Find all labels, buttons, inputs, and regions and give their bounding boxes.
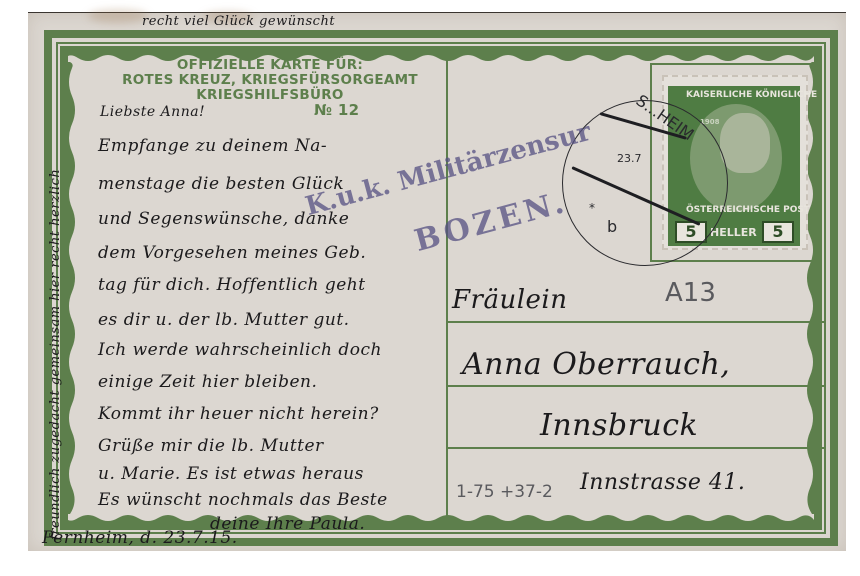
stamp-country-top: KAISERLICHE KÖNIGLICHE <box>686 90 817 100</box>
message-line: Grüße mir die lb. Mutter <box>98 436 324 456</box>
message-place-date: Pernheim, d. 23.7.15. <box>42 528 238 548</box>
message-line: einige Zeit hier bleiben. <box>98 372 317 392</box>
wavy-edge-left <box>68 62 78 514</box>
message-line: u. Marie. Es ist etwas heraus <box>98 464 364 484</box>
header-line-3: KRIEGSHILFSBÜRO <box>100 88 440 103</box>
stamp-denomination: HELLER <box>710 226 757 239</box>
message-line: Empfange zu deinem Na- <box>98 136 327 156</box>
message-salutation: Liebste Anna! <box>100 104 205 120</box>
address-salutation: Fräulein <box>452 285 567 315</box>
address-line-1 <box>447 321 825 323</box>
age-stain <box>88 9 148 23</box>
header-line-1: OFFIZIELLE KARTE FÜR: <box>100 58 440 73</box>
message-line: Es wünscht nochmals das Beste <box>98 490 388 510</box>
wavy-edge-bottom <box>68 512 814 522</box>
card-divider-line <box>446 54 448 522</box>
postmark-star: * <box>589 201 595 215</box>
address-street: Innstrasse 41. <box>580 470 745 495</box>
message-margin-left: freundlich zugedacht gemeinsam hier rech… <box>48 169 63 540</box>
postmark-code: b <box>607 217 617 236</box>
address-city: Innsbruck <box>540 408 698 443</box>
address-name: Anna Oberrauch, <box>462 347 730 382</box>
address-line-3 <box>447 447 825 449</box>
message-line: dem Vorgesehen meines Geb. <box>98 243 366 263</box>
card-header: OFFIZIELLE KARTE FÜR: ROTES KREUZ, KRIEG… <box>100 58 440 103</box>
stamp-value-right: 5 <box>762 221 794 243</box>
message-line: Kommt ihr heuer nicht herein? <box>98 404 379 424</box>
emperor-portrait-icon <box>720 113 770 173</box>
address-line-2 <box>447 385 825 387</box>
pencil-reference-note: A13 <box>665 278 716 308</box>
message-line: es dir u. der lb. Mutter gut. <box>98 310 350 330</box>
card-number: № 12 <box>314 103 359 118</box>
message-line: tag für dich. Hoffentlich geht <box>98 275 366 295</box>
postmark-date: 23.7 <box>617 152 642 165</box>
message-line: Ich werde wahrscheinlich doch <box>98 340 382 360</box>
message-margin-top: recht viel Glück gewünscht <box>142 14 335 29</box>
header-line-2: ROTES KREUZ, KRIEGSFÜRSORGEAMT <box>100 73 440 88</box>
pencil-price-note: 1-75 +37-2 <box>456 482 553 502</box>
